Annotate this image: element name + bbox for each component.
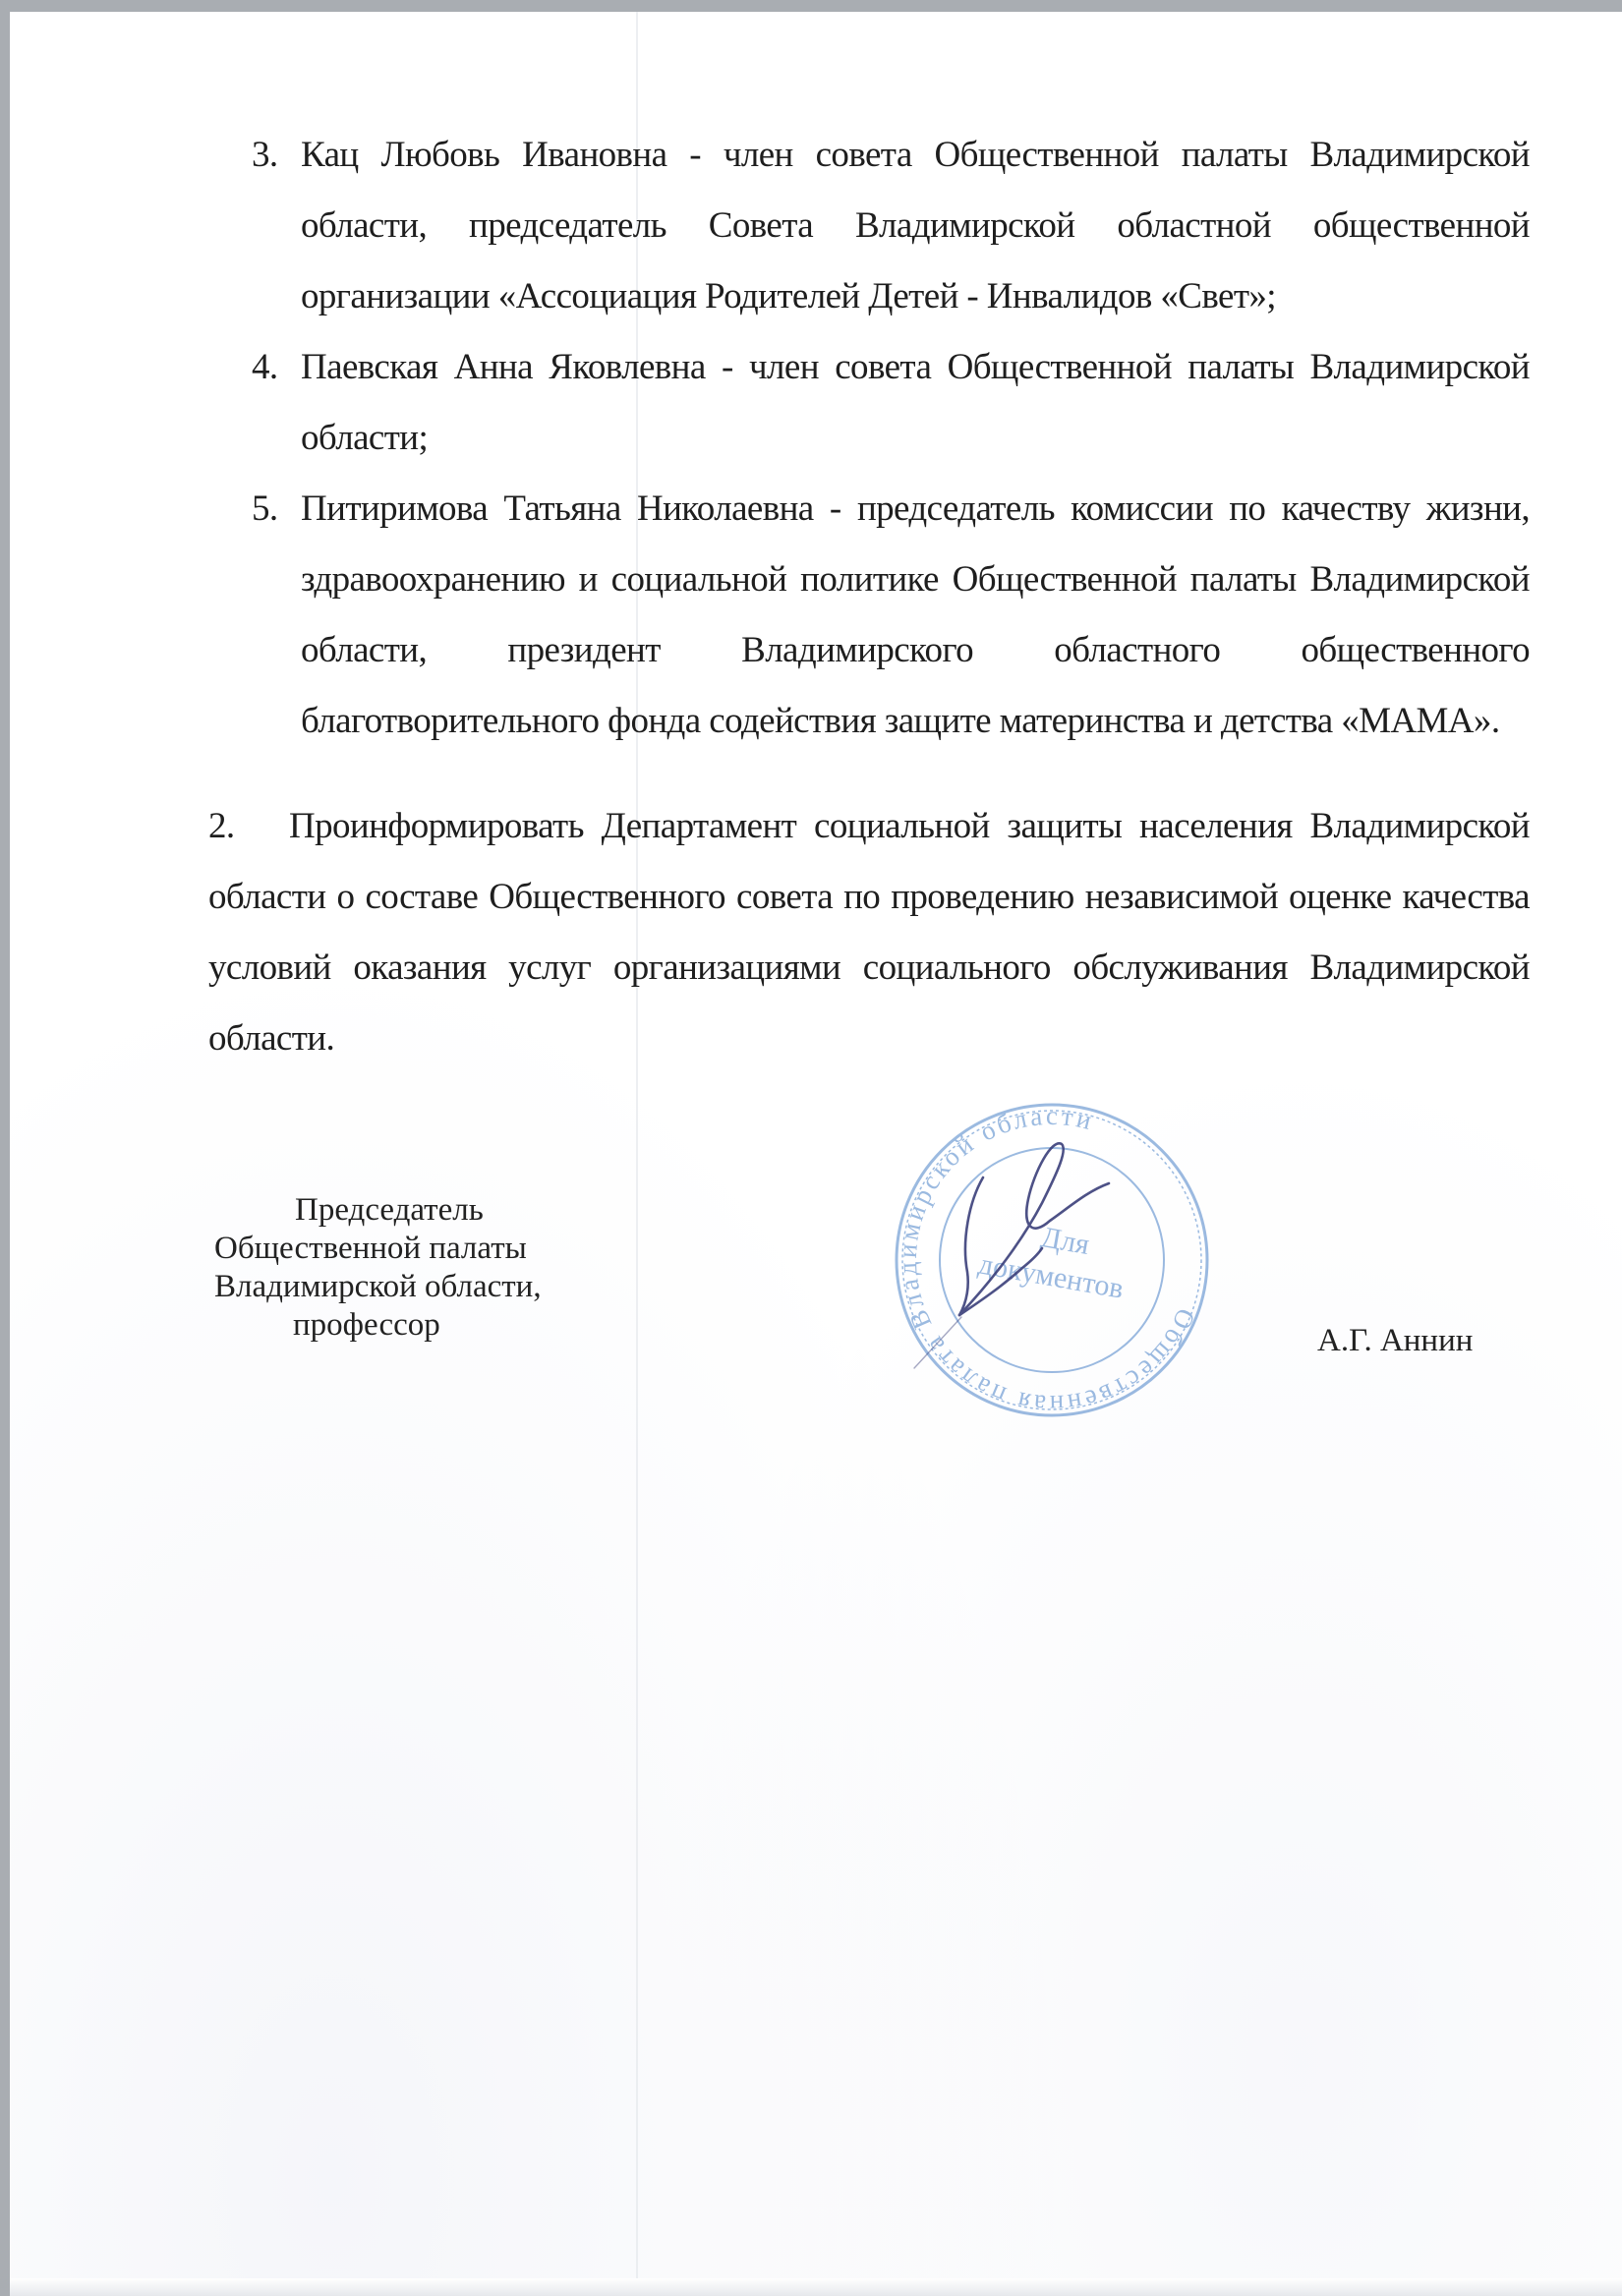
paragraph-2: 2.Проинформировать Департамент социально… xyxy=(208,791,1530,1074)
list-text: Паевская Анна Яковлевна - член совета Об… xyxy=(301,332,1530,474)
paragraph-text: Проинформировать Департамент социальной … xyxy=(208,806,1530,1059)
signatory-title: Председатель Общественной палаты Владими… xyxy=(214,1191,542,1345)
stamp-center-line-2: документов xyxy=(976,1247,1127,1304)
official-stamp: Общественная палата Владимирской области… xyxy=(885,1093,1219,1427)
members-list: 3. Кац Любовь Ивановна - член совета Общ… xyxy=(252,120,1530,757)
list-item: 5. Питиримова Татьяна Николаевна - предс… xyxy=(252,474,1530,757)
signatory-title-line: Председатель xyxy=(214,1191,542,1230)
signatory-title-line: Общественной палаты xyxy=(214,1230,542,1268)
scan-edge-shadow xyxy=(10,2278,1622,2296)
document-page: 3. Кац Любовь Ивановна - член совета Общ… xyxy=(10,12,1622,2290)
stamp-center-line-1: Для xyxy=(1038,1221,1091,1261)
list-item: 4. Паевская Анна Яковлевна - член совета… xyxy=(252,332,1530,474)
list-number: 4. xyxy=(252,332,301,474)
list-number: 3. xyxy=(252,120,301,332)
list-number: 5. xyxy=(252,474,301,757)
paragraph-number: 2. xyxy=(208,791,289,862)
signatory-title-line: профессор xyxy=(214,1306,542,1345)
list-text: Кац Любовь Ивановна - член совета Общест… xyxy=(301,120,1530,332)
list-item: 3. Кац Любовь Ивановна - член совета Общ… xyxy=(252,120,1530,332)
signatory-name: А.Г. Аннин xyxy=(1317,1323,1473,1359)
list-text: Питиримова Татьяна Николаевна - председа… xyxy=(301,474,1530,757)
signatory-title-line: Владимирской области, xyxy=(214,1268,542,1306)
